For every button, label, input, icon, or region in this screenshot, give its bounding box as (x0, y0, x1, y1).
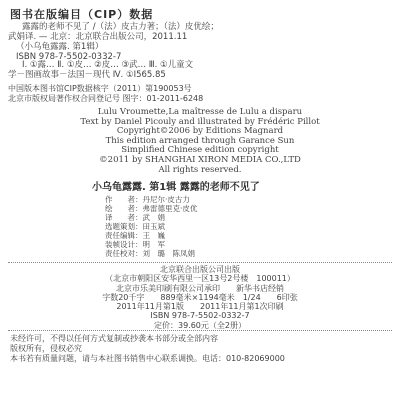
credit-row: 作 者：丹尼尔·皮古力 (105, 195, 197, 204)
price-line: 定价：39.60元（全2册） (0, 321, 400, 330)
credit-value: 刘 璐 陈凤娟 (143, 249, 196, 258)
notice-line: 版权所有，侵权必究 (10, 344, 285, 354)
credit-value: 弗雷德里克·皮优 (143, 204, 198, 213)
cip-heading: 图书在版编目（CIP）数据 (10, 6, 153, 22)
dotted-divider (8, 330, 392, 331)
publisher-line: 北京联合出版公司出版 (0, 265, 400, 274)
credit-label: 绘 者： (105, 204, 143, 213)
credit-value: 丹尼尔·皮古力 (143, 195, 190, 204)
notice-block: 未经许可，不得以任何方式复制或抄袭本书部分或全部内容 版权所有，侵权必究 本书若… (10, 334, 285, 364)
credit-label: 译 者： (105, 213, 143, 222)
edition-line: 2011年11月第1版 2011年11月第1次印刷 (0, 302, 400, 311)
dotted-divider (8, 262, 392, 263)
isbn-line: ISBN 978-7-5502-0332-7 (0, 311, 400, 320)
credit-row: 选题策划：田玉斌 (105, 222, 197, 231)
credit-value: 武 娟 (143, 213, 166, 222)
credit-row: 责任编辑：王 巍 (105, 231, 197, 240)
format-line: 字数20千字 889毫米×1194毫米 1/24 6印张 (0, 293, 400, 302)
credit-label: 选题策划： (105, 222, 143, 231)
credit-value: 王 巍 (143, 231, 166, 240)
cip-entry-line: 武娟译. — 北京：北京联合出版公司，2011.11 (8, 32, 338, 42)
publisher-address-line: （北京市朝阳区安华西里一区13号2号楼 100011） (0, 274, 400, 283)
classification-line: 学－图画故事－法国－现代 Ⅳ. ①I565.85 (8, 70, 343, 80)
notice-line: 未经许可，不得以任何方式复制或抄袭本书部分或全部内容 (10, 334, 285, 344)
foreign-copyright-line: All rights reserved. (0, 166, 400, 176)
classification-block: Ⅰ. ①露… Ⅱ. ①皮… ②皮… ③武… Ⅲ. ①儿童文 学－图画故事－法国－… (8, 60, 343, 80)
credit-row: 装帧设计：明 军 (105, 240, 197, 249)
credit-label: 装帧设计： (105, 240, 143, 249)
foreign-copyright-block: Lulu Vroumette,La maîtresse de Lulu a di… (0, 108, 400, 175)
credit-label: 责任编辑： (105, 231, 143, 240)
credit-label: 责任校对： (105, 249, 143, 258)
credit-row: 责任校对：刘 璐 陈凤娟 (105, 249, 197, 258)
credit-value: 明 军 (143, 240, 166, 249)
copyright-registration-number: 北京市版权局著作权合同登记号 图字：01-2011-6248 (8, 94, 203, 104)
book-copyright-page: { "cip_section": { "heading": "图书在版编目（CI… (0, 0, 400, 420)
cip-series-line: （小乌龟露露. 第1辑） (8, 42, 338, 52)
credit-label: 作 者： (105, 195, 143, 204)
colophon-block: 北京联合出版公司出版 （北京市朝阳区安华西里一区13号2号楼 100011） 北… (0, 265, 400, 330)
cip-entry-line: 露露的老师不见了 /（法）皮古力著；（法）皮优绘； (8, 22, 338, 32)
registry-block: 中国版本图书馆CIP数据核字（2011）第190053号 北京市版权局著作权合同… (8, 84, 203, 104)
credit-row: 译 者：武 娟 (105, 213, 197, 222)
printer-distributor-line: 北京市乐美印刷有限公司承印 新华书店经销 (0, 284, 400, 293)
credit-value: 田玉斌 (143, 222, 166, 231)
credit-row: 绘 者：弗雷德里克·皮优 (105, 204, 197, 213)
credits-block: 作 者：丹尼尔·皮古力 绘 者：弗雷德里克·皮优 译 者：武 娟 选题策划：田玉… (105, 195, 197, 258)
book-title: 小乌龟露露. 第1辑 露露的老师不见了 (92, 178, 260, 193)
notice-line: 本书若有质量问题，请与本社图书销售中心联系调换。电话：010-82069000 (10, 354, 285, 364)
cip-entry: 露露的老师不见了 /（法）皮古力著；（法）皮优绘； 武娟译. — 北京：北京联合… (8, 22, 338, 62)
cip-record-number: 中国版本图书馆CIP数据核字（2011）第190053号 (8, 84, 203, 94)
classification-line: Ⅰ. ①露… Ⅱ. ①皮… ②皮… ③武… Ⅲ. ①儿童文 (8, 60, 343, 70)
